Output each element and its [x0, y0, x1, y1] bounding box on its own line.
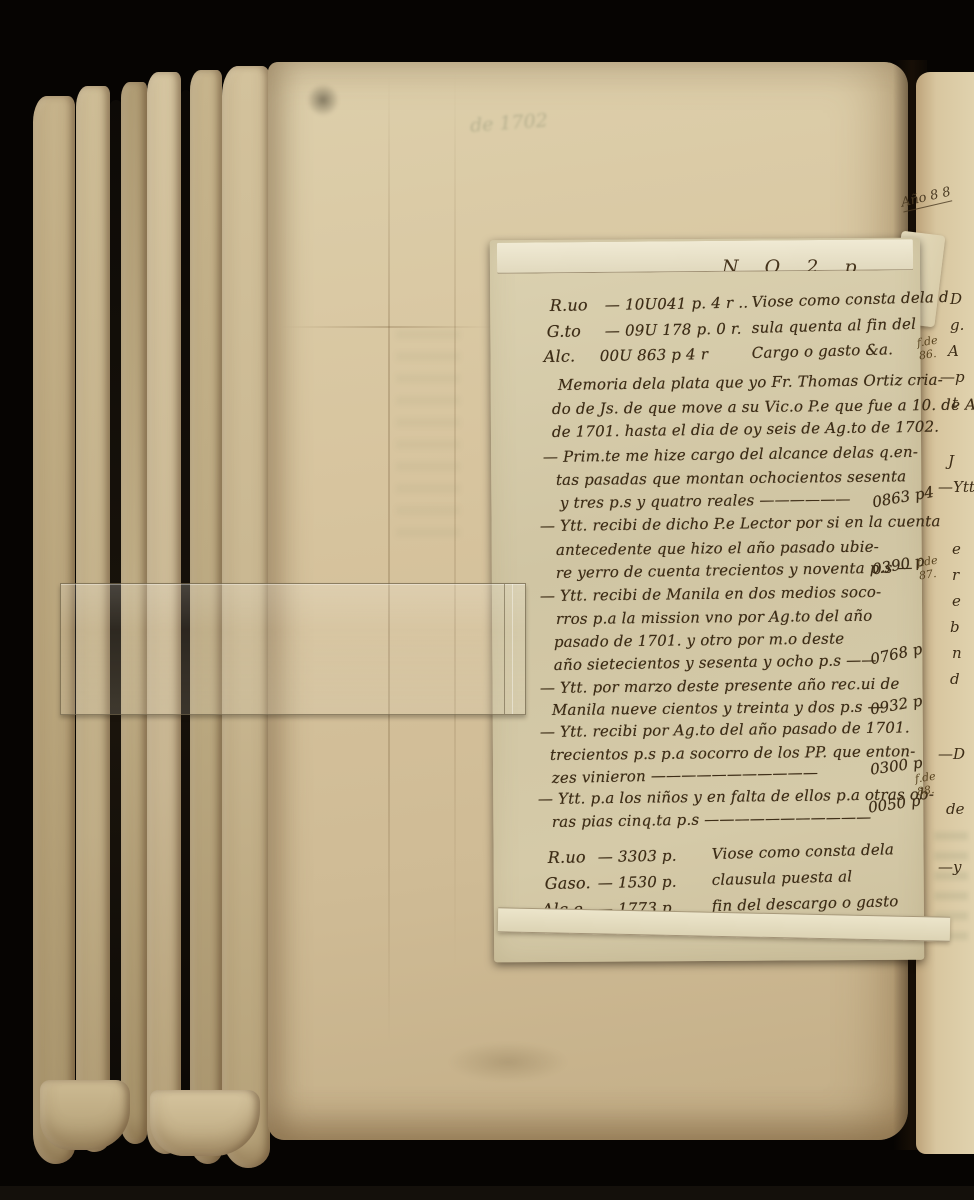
edge-fragment: —p [940, 368, 965, 386]
margin-note: f.de 86. [916, 335, 940, 363]
summary-amount: — 3303 p. [598, 847, 677, 866]
manuscript-line: Manila nueve cientos y treinta y dos p.s… [552, 698, 883, 719]
account-label: G.to [547, 321, 581, 341]
edge-fragment: D [950, 290, 962, 308]
glass-weight-strip [60, 583, 526, 715]
edge-fragment: e [952, 592, 961, 610]
page-crease [388, 74, 390, 1044]
account-amount: — 09U 178 p. 0 r. [605, 320, 742, 340]
summary-label: R.uo [548, 847, 586, 867]
hidden-line-peek: N O 2 p [722, 256, 907, 271]
edge-fragment: de [946, 800, 964, 818]
edge-fragment: r [952, 566, 959, 584]
torn-corner [40, 1080, 130, 1150]
edge-fragment: —D [938, 745, 965, 763]
account-label: R.uo [550, 295, 588, 315]
edge-fragment: n [952, 644, 962, 662]
summary-note: clausula puesta al [712, 867, 853, 889]
summary-amount: — 1530 p. [598, 873, 677, 892]
bleed-through-marks [396, 330, 460, 540]
manuscript-line: antecedente que hizo el año pasado ubie- [556, 538, 879, 559]
edge-fragment: A [948, 342, 959, 360]
edge-fragment: g. [950, 316, 964, 334]
edge-fragment: d [950, 670, 960, 688]
stain [304, 84, 342, 116]
edge-fragment: J [948, 452, 954, 470]
summary-label: Gaso. [545, 873, 591, 893]
manuscript-line: rros p.a la mission vno por Ag.to del añ… [556, 607, 873, 628]
manuscript-line: tas pasadas que montan ochocientos sesen… [556, 467, 907, 489]
stain [448, 1042, 568, 1082]
edge-fragment: —Ytt [938, 478, 974, 496]
manuscript-line: trecientos p.s p.a socorro de los PP. qu… [550, 742, 916, 764]
margin-note: f.de 87. [916, 555, 940, 583]
account-label: Alc. [544, 346, 576, 366]
account-note: Cargo o gasto &a. [752, 340, 894, 362]
page-crease [282, 326, 494, 328]
manuscript-line: pasado de 1701. y otro por m.o deste [554, 629, 845, 651]
photo-stage: de 1702 Año 8 8 f.de 86. f.de 87. f.de 8… [0, 0, 974, 1200]
account-amount: — 10U041 p. 4 r .. [605, 293, 749, 314]
margin-note: f.de 88. [914, 771, 938, 799]
edge-fragment: e [952, 540, 961, 558]
table-surface [0, 1186, 974, 1200]
edge-fragment: —y [938, 858, 961, 876]
edge-fragment: b [950, 618, 960, 636]
account-amount: 00U 863 p 4 r [600, 345, 709, 365]
